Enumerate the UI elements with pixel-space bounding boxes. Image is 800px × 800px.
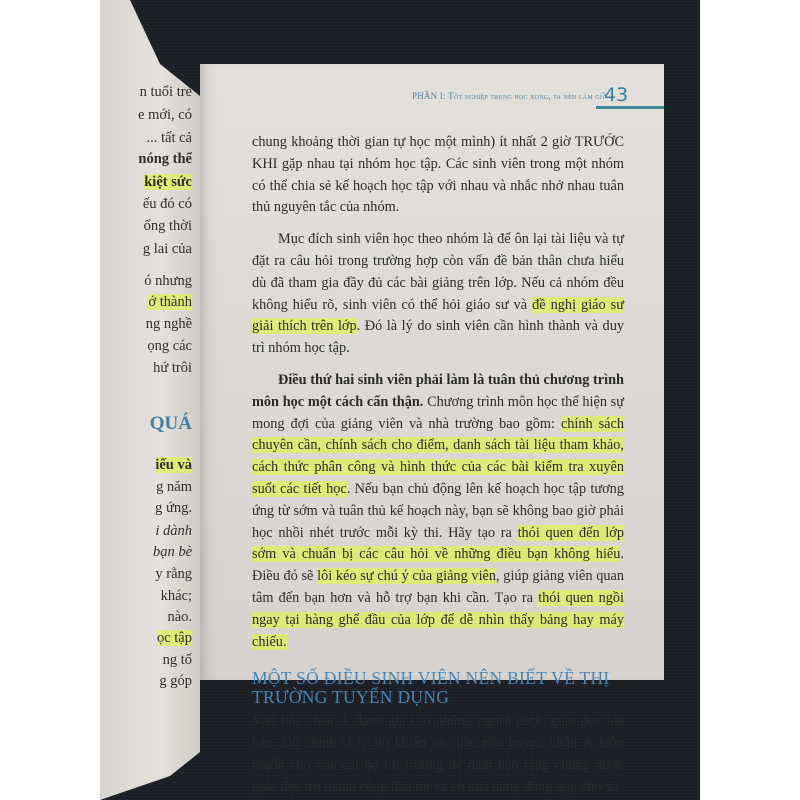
left-page-line: g góp — [159, 673, 192, 690]
left-page-line: bạn bè — [153, 544, 192, 561]
highlighted-text: ớ thành — [148, 294, 192, 310]
left-page-line: khác; — [161, 588, 192, 605]
left-page-line: ống thời — [144, 218, 192, 235]
left-page-line: ọc tập — [157, 630, 192, 647]
highlighted-text: ọc tập — [157, 630, 192, 646]
paragraph-2: Mục đích sinh viên học theo nhóm là để ô… — [252, 229, 624, 360]
left-page-line: nào. — [167, 609, 192, 626]
page-number: 43 — [604, 84, 628, 106]
paragraph-1: chung khoảng thời gian tự học một mình) … — [252, 132, 624, 219]
running-head: PHẦN I: Tốt nghiệp trung học xong, ta nê… — [412, 91, 606, 101]
left-page-line: iếu và — [155, 457, 192, 474]
left-page-line: g lai của — [143, 241, 192, 258]
left-page-line: ọng các — [147, 338, 192, 355]
left-page-line: ng nghề — [146, 316, 192, 333]
left-page-line: g năm — [156, 479, 192, 496]
paragraph-4: Văn hóa châu Á đánh giá cao những người … — [252, 711, 624, 798]
left-page-line: ó nhưng — [144, 273, 192, 290]
left-page-line: nóng thể — [138, 151, 192, 168]
highlighted-text: lôi kéo sự chú ý của giảng viên — [317, 568, 496, 584]
left-page-line: ... tất cả — [147, 130, 193, 147]
highlighted-text: iếu và — [155, 457, 192, 473]
body-text: chung khoảng thời gian tự học một mình) … — [252, 132, 624, 799]
left-page-line: e mới, có — [138, 107, 192, 124]
left-page-line: kiệt sức — [144, 174, 192, 191]
left-page: n tuổi trẻe mới, có... tất cảnóng thểkiệ… — [100, 0, 200, 800]
left-page-line: i dành — [155, 523, 192, 540]
left-page-line: y rằng — [155, 566, 192, 583]
running-head-title: Tốt nghiệp trung học xong, ta nên làm gì… — [448, 91, 606, 101]
left-page-line: QUÁ — [150, 413, 192, 435]
running-head-part: PHẦN I: — [412, 91, 446, 101]
paragraph-3: Điều thứ hai sinh viên phải làm là tuân … — [252, 370, 624, 653]
left-page-line: ớ thành — [148, 294, 192, 311]
left-page-line: hứ trôi — [153, 360, 192, 377]
left-page-line: ng tố — [163, 652, 192, 669]
header-rule — [596, 106, 664, 109]
section-heading: MỘT SỐ ĐIỀU SINH VIÊN NÊN BIẾT VỀ THỊ TR… — [252, 669, 624, 707]
left-page-line: g ứng. — [155, 500, 192, 517]
right-page: PHẦN I: Tốt nghiệp trung học xong, ta nê… — [200, 64, 664, 680]
left-page-line: ếu đó có — [143, 196, 192, 213]
left-page-line: n tuổi trẻ — [140, 84, 192, 101]
highlighted-text: kiệt sức — [144, 174, 192, 190]
